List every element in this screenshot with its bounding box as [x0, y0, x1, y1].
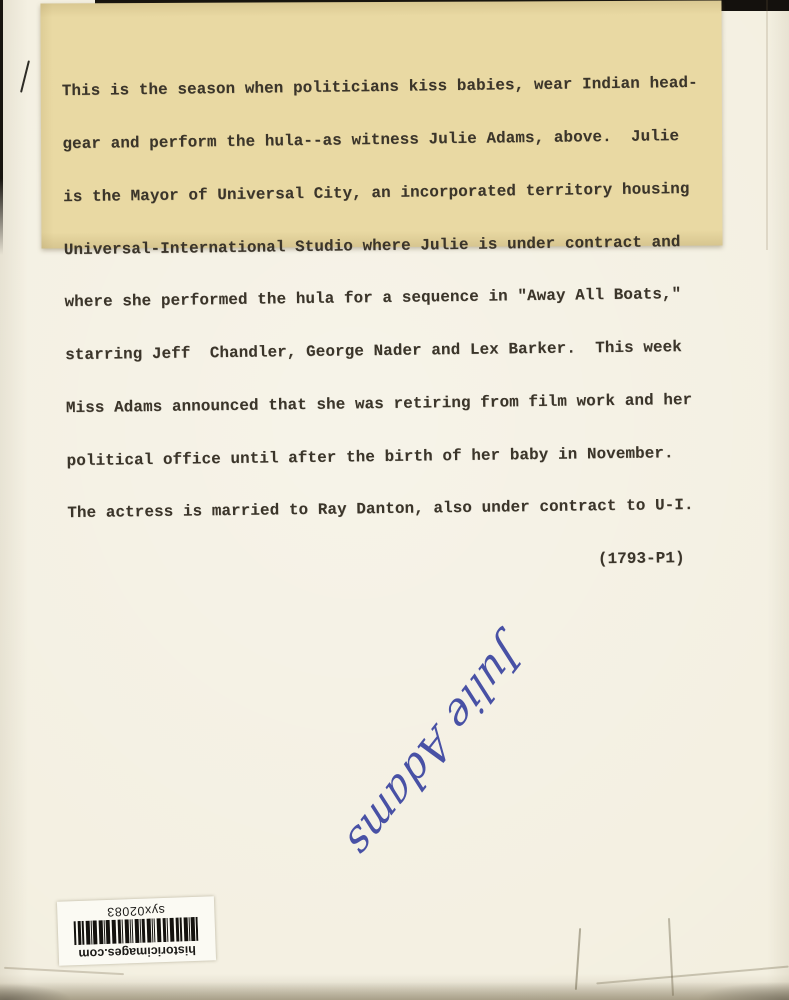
caption-slip: This is the season when politicians kiss…: [40, 1, 722, 249]
barcode-sticker: historicimages.com syx02083: [57, 896, 216, 965]
caption-line: This is the season when politicians kiss…: [62, 75, 698, 101]
sticker-code-text: syx02083: [106, 903, 165, 918]
scan-shadow-bottom-left: [0, 984, 70, 1000]
caption-line: political office until after the birth o…: [67, 444, 703, 470]
scan-shadow-bottom-right: [699, 982, 789, 1000]
caption-line: Universal-International Studio where Jul…: [64, 233, 700, 259]
caption-text: This is the season when politicians kiss…: [61, 40, 704, 611]
paper-crease-right: [766, 0, 768, 250]
caption-line: starring Jeff Chandler, George Nader and…: [65, 339, 701, 365]
pen-mark: [20, 60, 30, 93]
scan-edge-bottom: [0, 982, 789, 1000]
photo-back-paper: This is the season when politicians kiss…: [0, 0, 789, 1000]
signature: Julie Adams: [322, 619, 546, 879]
sticker-url-text: historicimages.com: [78, 943, 196, 960]
caption-line: The actress is married to Ray Danton, al…: [67, 497, 703, 523]
scan-edge-top-right: [714, 0, 789, 11]
barcode-icon: [74, 917, 199, 945]
paper-crease: [575, 928, 581, 990]
caption-line: gear and perform the hula--as witness Ju…: [62, 128, 698, 154]
paper-crease: [4, 967, 124, 975]
caption-line: where she performed the hula for a seque…: [64, 286, 700, 312]
scan-edge-left: [0, 0, 3, 255]
caption-line: Miss Adams announced that she was retiri…: [66, 392, 702, 418]
caption-line: is the Mayor of Universal City, an incor…: [63, 181, 699, 207]
caption-photo-number-line: (1793-P1): [68, 550, 704, 576]
signature-text: Julie Adams: [338, 629, 531, 869]
